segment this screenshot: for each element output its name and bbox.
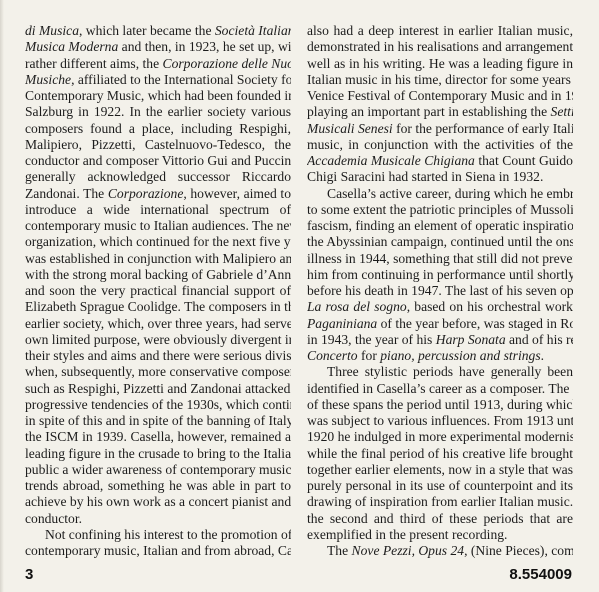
text-line: Italian music in his time, director for …	[307, 72, 573, 88]
page-binding-edge	[0, 0, 4, 592]
text-line: before his death in 1947. The last of hi…	[307, 283, 573, 299]
text-line: contemporary music to Italian audiences.…	[25, 218, 291, 234]
text-line: Musicali Senesi for the performance of e…	[307, 121, 573, 137]
text-line: Accademia Musicale Chigiana that Count G…	[307, 153, 573, 169]
text-line: fascism, finding an element of operatic …	[307, 218, 573, 234]
text-line: Chigi Saracini had started in Siena in 1…	[307, 169, 573, 185]
text-line: own limited purpose, were obviously dive…	[25, 332, 291, 348]
text-line: well as in his writing. He was a leading…	[307, 56, 573, 72]
text-line: The Nove Pezzi, Opus 24, (Nine Pieces), …	[307, 543, 573, 559]
text-line: was subject to various influences. From …	[307, 413, 573, 429]
text-line: such as Respighi, Pizzetti and Zandonai …	[25, 381, 291, 397]
text-line: while the final period of his creative l…	[307, 446, 573, 462]
text-line: Zandonai. The Corporazione, however, aim…	[25, 186, 291, 202]
right-text-column: also had a deep interest in earlier Ital…	[307, 23, 573, 559]
text-line: organization, which continued for the ne…	[25, 234, 291, 250]
text-line: purely personal in its use of counterpoi…	[307, 478, 573, 494]
text-line: playing an important part in establishin…	[307, 104, 573, 120]
text-line: in spite of this and in spite of the ban…	[25, 413, 291, 429]
text-line: with the strong moral backing of Gabriel…	[25, 267, 291, 283]
text-line: also had a deep interest in earlier Ital…	[307, 23, 573, 39]
text-line: music, in conjunction with the activitie…	[307, 137, 573, 153]
text-line: Casella’s active career, during which he…	[307, 186, 573, 202]
catalog-number: 8.554009	[509, 566, 572, 583]
text-line: achieve by his own work as a concert pia…	[25, 494, 291, 510]
text-line: progressive tendencies of the 1930s, whi…	[25, 397, 291, 413]
text-line: Venice Festival of Contemporary Music an…	[307, 88, 573, 104]
text-line: in 1943, the year of his Harp Sonata and…	[307, 332, 573, 348]
text-line: and soon the very practical financial su…	[25, 283, 291, 299]
text-line: Contemporary Music, which had been found…	[25, 88, 291, 104]
text-line: generally acknowledged successor Riccard…	[25, 169, 291, 185]
text-line: together earlier elements, now in a styl…	[307, 462, 573, 478]
text-line: to some extent the patriotic principles …	[307, 202, 573, 218]
text-line: Malipiero, Pizzetti, Castelnuovo-Tedesco…	[25, 137, 291, 153]
text-line: their styles and aims and there were ser…	[25, 348, 291, 364]
text-line: drawing of inspiration from earlier Ital…	[307, 494, 573, 510]
text-line: the Abyssinian campaign, continued until…	[307, 234, 573, 250]
text-line: illness in 1944, something that still di…	[307, 251, 573, 267]
text-line: when, subsequently, more conservative co…	[25, 364, 291, 380]
text-line: public a wider awareness of contemporary…	[25, 462, 291, 478]
text-line: the second and third of these periods th…	[307, 511, 573, 527]
text-line: conductor.	[25, 511, 291, 527]
text-line: exemplified in the present recording.	[307, 527, 573, 543]
text-line: conductor and composer Vittorio Gui and …	[25, 153, 291, 169]
left-text-column: di Musica, which later became the Societ…	[25, 23, 291, 559]
text-line: trends abroad, something he was able in …	[25, 478, 291, 494]
text-line: Not confining his interest to the promot…	[25, 527, 291, 543]
text-line: leading figure in the crusade to bring t…	[25, 446, 291, 462]
text-line: him from continuing in performance until…	[307, 267, 573, 283]
text-line: composers found a place, including Respi…	[25, 121, 291, 137]
text-line: Musica Moderna and then, in 1923, he set…	[25, 39, 291, 55]
text-line: Musiche, affiliated to the International…	[25, 72, 291, 88]
text-line: identified in Casella’s career as a comp…	[307, 381, 573, 397]
page-number: 3	[25, 566, 33, 583]
text-line: contemporary music, Italian and from abr…	[25, 543, 291, 559]
text-line: Concerto for piano, percussion and strin…	[307, 348, 573, 364]
text-line: di Musica, which later became the Societ…	[25, 23, 291, 39]
text-line: the ISCM in 1939. Casella, however, rema…	[25, 429, 291, 445]
text-line: of these spans the period until 1913, du…	[307, 397, 573, 413]
text-line: demonstrated in his realisations and arr…	[307, 39, 573, 55]
text-line: introduce a wide international spectrum …	[25, 202, 291, 218]
text-line: La rosa del sogno, based on his orchestr…	[307, 299, 573, 315]
text-line: 1920 he indulged in more experimental mo…	[307, 429, 573, 445]
text-line: Three stylistic periods have generally b…	[307, 364, 573, 380]
text-line: earlier society, which, over three years…	[25, 316, 291, 332]
text-line: Salzburg in 1922. In the earlier society…	[25, 104, 291, 120]
text-line: rather different aims, the Corporazione …	[25, 56, 291, 72]
text-line: Elizabeth Sprague Coolidge. The composer…	[25, 299, 291, 315]
text-line: Paganiniana of the year before, was stag…	[307, 316, 573, 332]
text-line: was established in conjunction with Mali…	[25, 251, 291, 267]
